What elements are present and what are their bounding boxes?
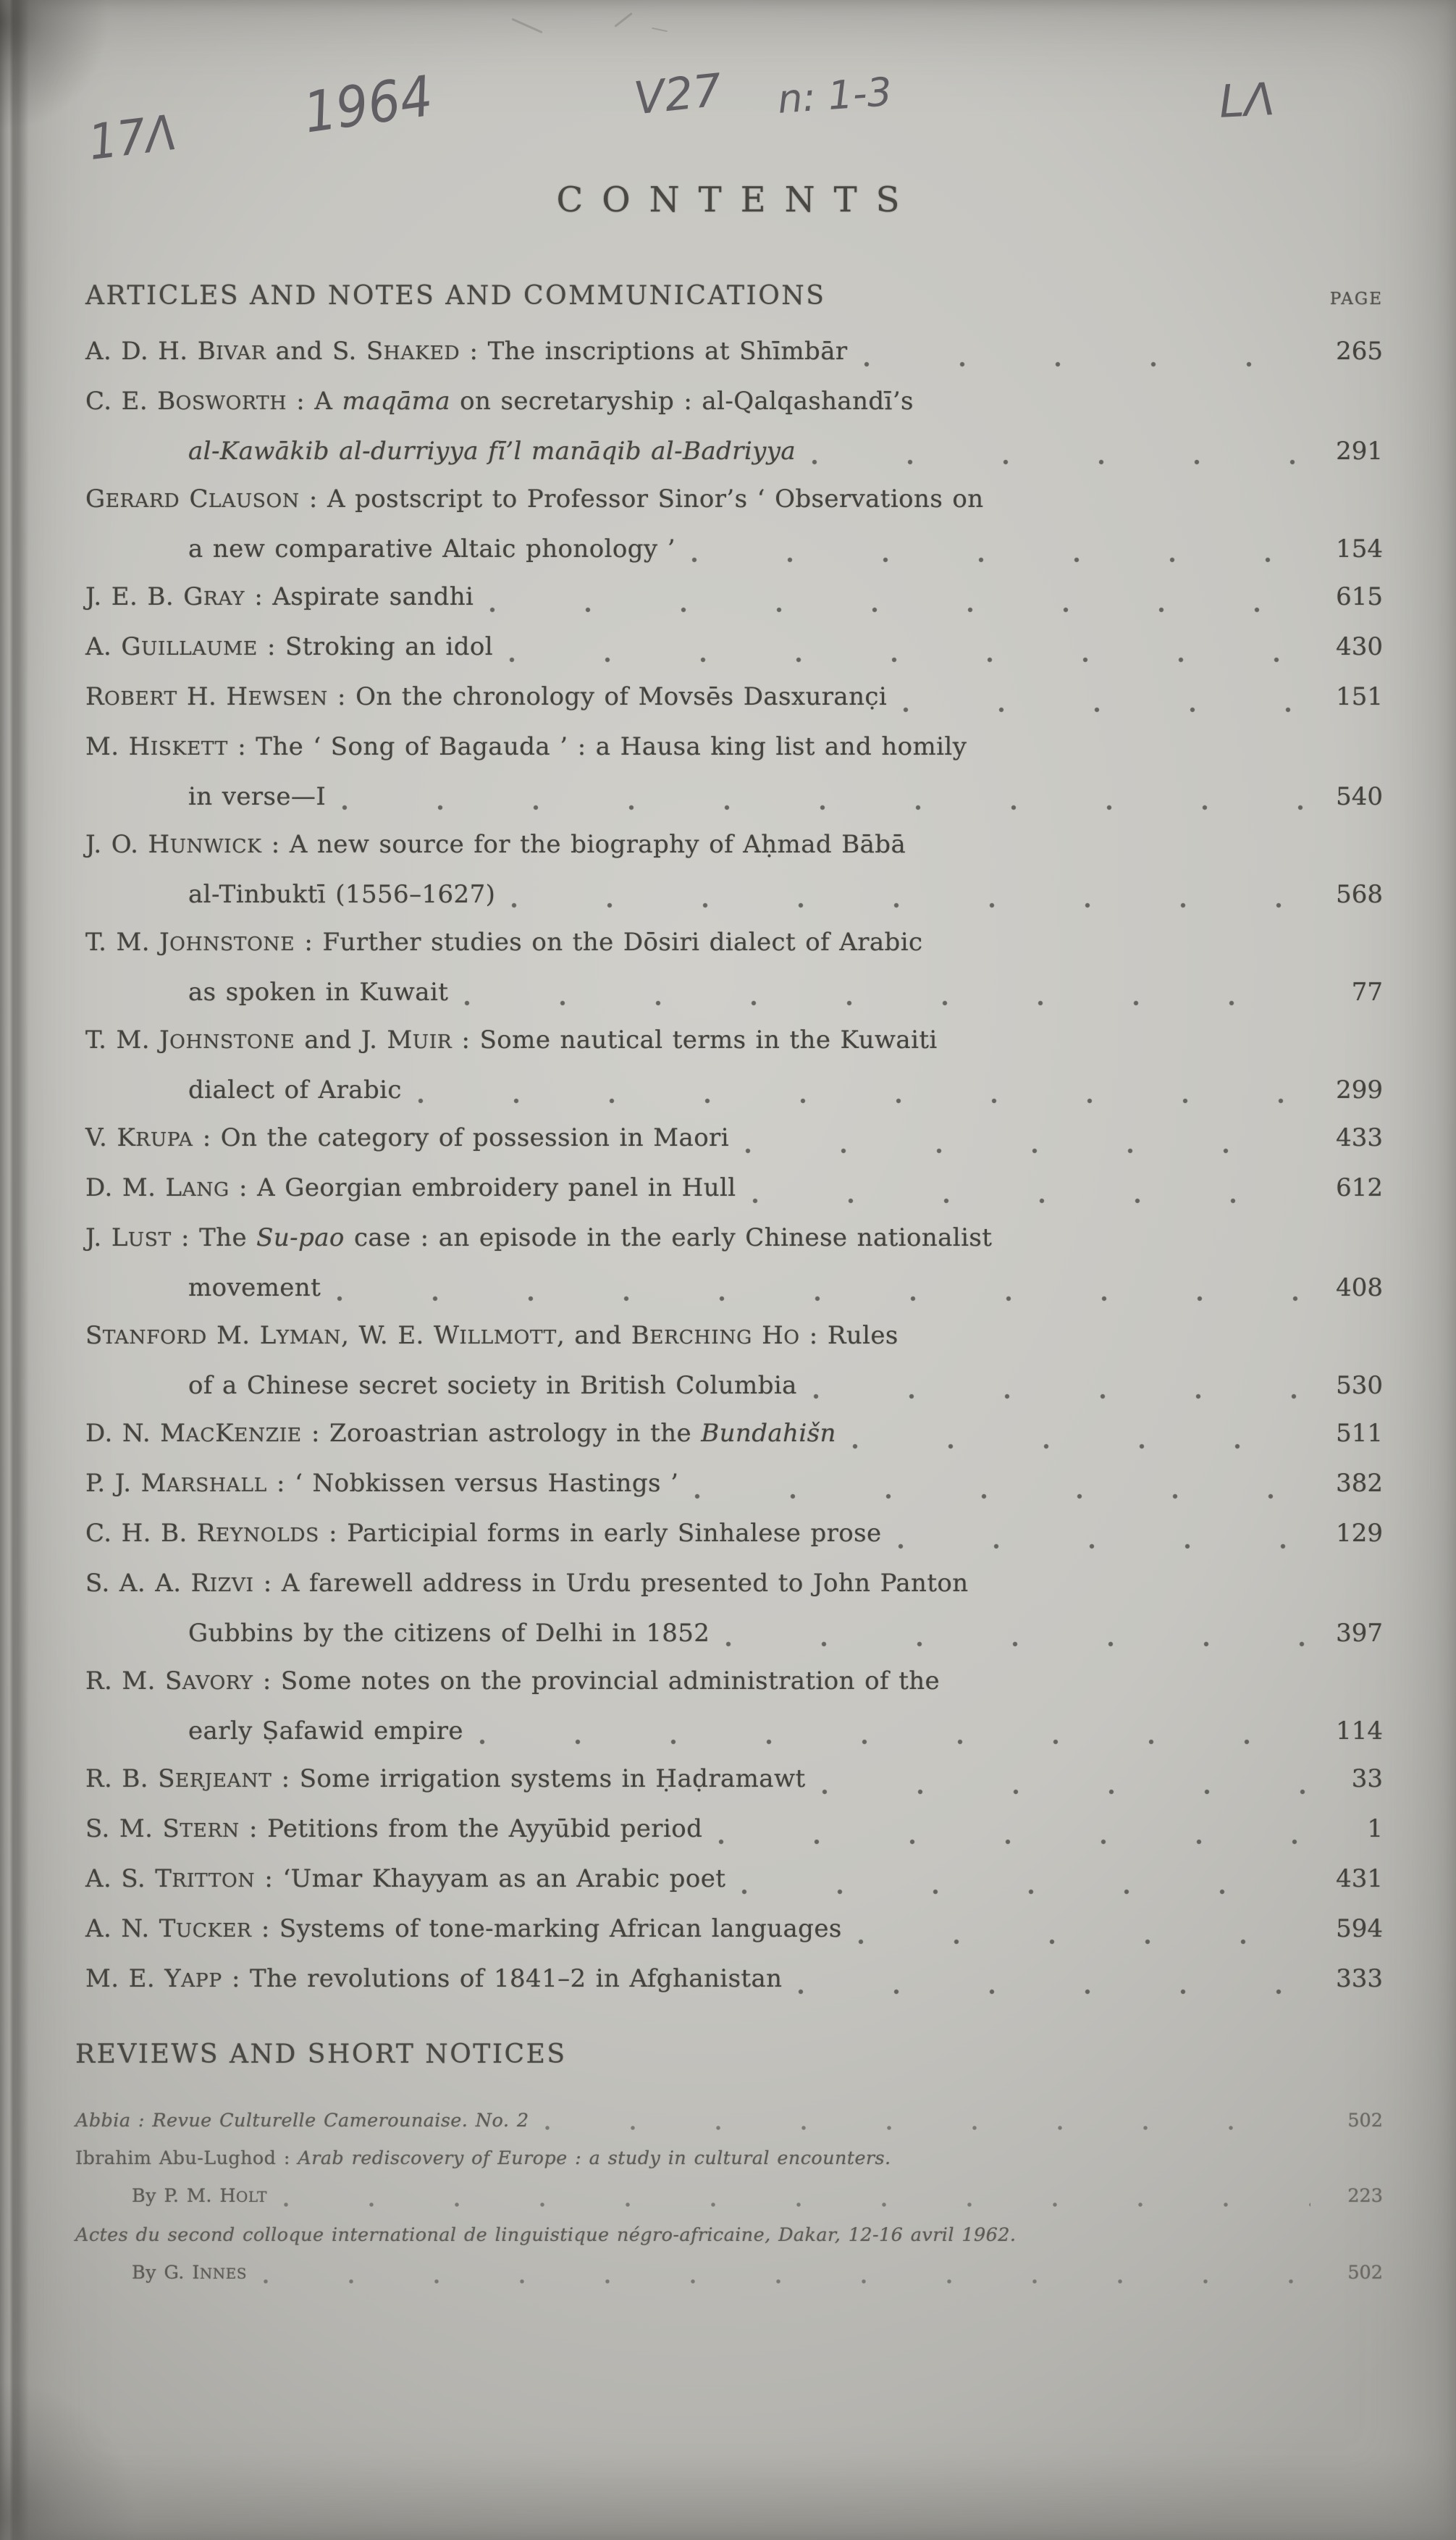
dot-leader — [864, 361, 1310, 367]
articles-toc-list: A. D. H. BIVAR and S. SHAKED : The inscr… — [85, 327, 1383, 2005]
dot-leader — [813, 1393, 1310, 1399]
toc-line-text: a new comparative Altaic phonology ’ — [188, 525, 676, 573]
toc-line: ROBERT H. HEWSEN : On the chronology of … — [85, 673, 1383, 723]
dot-leader — [283, 2202, 1310, 2208]
page-number: 77 — [1321, 968, 1383, 1016]
page-number: 594 — [1321, 1905, 1383, 1955]
page-number: 511 — [1321, 1409, 1383, 1459]
toc-line: D. N. MACKENZIE : Zoroastrian astrology … — [85, 1409, 1383, 1459]
toc-line-text: T. M. JOHNSTONE : Further studies on the… — [85, 918, 922, 968]
toc-line-text: C. E. BOSWORTH : A maqāma on secretarysh… — [85, 377, 914, 427]
toc-line: S. M. STERN : Petitions from the Ayyūbid… — [85, 1805, 1383, 1855]
toc-line-text: By G. INNES — [132, 2254, 247, 2293]
toc-line-text: A. D. H. BIVAR and S. SHAKED : The inscr… — [85, 327, 848, 377]
toc-line-text: J. E. B. GRAY : Aspirate sandhi — [85, 573, 474, 623]
toc-line: A. D. H. BIVAR and S. SHAKED : The inscr… — [85, 327, 1383, 377]
dot-leader — [858, 1939, 1310, 1945]
page-number: 430 — [1321, 623, 1383, 673]
articles-section-heading: ARTICLES AND NOTES AND COMMUNICATIONS PA… — [85, 281, 1383, 311]
reviews-heading-label: REVIEWS AND SHORT NOTICES — [75, 2040, 567, 2069]
toc-line-text: V. KRUPA : On the category of possession… — [85, 1114, 729, 1164]
handwritten-shelf-mark-right: LΛ — [1218, 72, 1276, 128]
toc-line: A. N. TUCKER : Systems of tone-marking A… — [85, 1905, 1383, 1955]
dot-leader — [812, 459, 1310, 465]
dot-leader — [725, 1641, 1310, 1647]
dot-leader — [694, 1493, 1310, 1499]
toc-line: V. KRUPA : On the category of possession… — [85, 1114, 1383, 1164]
toc-line: S. A. A. RIZVI : A farewell address in U… — [85, 1559, 1383, 1609]
toc-line: C. H. B. REYNOLDS : Participial forms in… — [85, 1509, 1383, 1559]
toc-line-text: of a Chinese secret society in British C… — [188, 1362, 797, 1409]
toc-line-text: ROBERT H. HEWSEN : On the chronology of … — [85, 673, 887, 723]
reviews-section-heading: REVIEWS AND SHORT NOTICES — [75, 2040, 1383, 2069]
toc-line-text: Actes du second colloque international d… — [75, 2216, 1016, 2254]
scan-left-edge-shadow — [0, 0, 29, 2540]
toc-line: as spoken in Kuwait77 — [85, 968, 1383, 1016]
toc-line: M. E. YAPP : The revolutions of 1841–2 i… — [85, 1955, 1383, 2005]
toc-line-text: R. M. SAVORY : Some notes on the provinc… — [85, 1657, 940, 1707]
toc-line-text: D. N. MACKENZIE : Zoroastrian astrology … — [85, 1409, 836, 1459]
dot-leader — [822, 1789, 1310, 1795]
dot-leader — [489, 607, 1310, 613]
scanned-contents-page: 17Λ 1964 V27 n: 1-3 LΛ CONTENTS ARTICLES… — [0, 0, 1456, 2540]
toc-line: in verse—I540 — [85, 773, 1383, 821]
dot-leader — [903, 707, 1310, 713]
toc-line-text: in verse—I — [188, 773, 326, 821]
toc-line: P. J. MARSHALL : ‘ Nobkissen versus Hast… — [85, 1459, 1383, 1509]
toc-line-text: J. O. HUNWICK : A new source for the bio… — [85, 821, 906, 871]
dot-leader — [741, 1889, 1310, 1895]
dot-leader — [718, 1839, 1310, 1845]
page-column-label: PAGE — [1330, 290, 1383, 309]
reviews-toc-list: Abbia : Revue Culturelle Camerounaise. N… — [75, 2102, 1383, 2293]
handwritten-volume: V27 — [631, 63, 724, 125]
toc-line: Abbia : Revue Culturelle Camerounaise. N… — [75, 2102, 1383, 2139]
page-number: 408 — [1321, 1264, 1383, 1312]
toc-line: early Ṣafawid empire114 — [85, 1707, 1383, 1755]
toc-line-text: T. M. JOHNSTONE and J. MUIR : Some nauti… — [85, 1016, 938, 1066]
handwritten-shelf-mark-left: 17Λ — [85, 104, 180, 171]
toc-line: By P. M. HOLT223 — [75, 2177, 1383, 2216]
page-number: 299 — [1321, 1066, 1383, 1114]
toc-line-text: S. M. STERN : Petitions from the Ayyūbid… — [85, 1805, 702, 1855]
dot-leader — [511, 902, 1310, 908]
dot-leader — [752, 1198, 1310, 1204]
toc-line: dialect of Arabic299 — [85, 1066, 1383, 1114]
toc-line-text: Gubbins by the citizens of Delhi in 1852 — [188, 1609, 710, 1657]
page-number: 615 — [1321, 573, 1383, 623]
toc-line: R. B. SERJEANT : Some irrigation systems… — [85, 1755, 1383, 1805]
toc-line: C. E. BOSWORTH : A maqāma on secretarysh… — [85, 377, 1383, 427]
toc-line: J. LUST : The Su-pao case : an episode i… — [85, 1214, 1383, 1264]
page-number: 33 — [1321, 1755, 1383, 1805]
toc-line-text: A. N. TUCKER : Systems of tone-marking A… — [85, 1905, 842, 1955]
page-number: 129 — [1321, 1509, 1383, 1559]
toc-line-text: al-Tinbuktī (1556–1627) — [188, 871, 495, 918]
toc-line-text: P. J. MARSHALL : ‘ Nobkissen versus Hast… — [85, 1459, 678, 1509]
pencil-smudge — [652, 28, 668, 33]
page-number: 333 — [1321, 1955, 1383, 2005]
toc-line: A. GUILLAUME : Stroking an idol430 — [85, 623, 1383, 673]
toc-line-text: early Ṣafawid empire — [188, 1707, 463, 1755]
articles-heading-label: ARTICLES AND NOTES AND COMMUNICATIONS — [85, 281, 825, 311]
toc-line: GERARD CLAUSON : A postscript to Profess… — [85, 475, 1383, 525]
toc-line: Ibrahim Abu-Lughod : Arab rediscovery of… — [75, 2139, 1383, 2177]
toc-line-text: M. HISKETT : The ‘ Song of Bagauda ’ : a… — [85, 723, 967, 773]
dot-leader — [898, 1543, 1310, 1549]
toc-line-text: J. LUST : The Su-pao case : an episode i… — [85, 1214, 992, 1264]
toc-line: a new comparative Altaic phonology ’154 — [85, 525, 1383, 573]
page-number: 151 — [1321, 673, 1383, 723]
dot-leader — [691, 557, 1310, 563]
pencil-smudge — [511, 18, 542, 33]
dot-leader — [337, 1296, 1310, 1302]
dot-leader — [342, 805, 1310, 810]
toc-line-text: as spoken in Kuwait — [188, 968, 448, 1016]
page-number: 431 — [1321, 1855, 1383, 1905]
toc-line: STANFORD M. LYMAN, W. E. WILLMOTT, and B… — [85, 1312, 1383, 1362]
handwritten-issue-numbers: n: 1-3 — [776, 69, 893, 122]
dot-leader — [263, 2279, 1310, 2284]
page-number: 1 — [1321, 1805, 1383, 1855]
page-number: 502 — [1321, 2102, 1383, 2139]
pencil-smudge — [614, 12, 632, 28]
scan-bottom-shadow — [0, 2453, 1456, 2540]
toc-line: J. O. HUNWICK : A new source for the bio… — [85, 821, 1383, 871]
toc-line-text: By P. M. HOLT — [132, 2177, 267, 2216]
page-number: 291 — [1321, 427, 1383, 475]
toc-line: J. E. B. GRAY : Aspirate sandhi615 — [85, 573, 1383, 623]
toc-line-text: dialect of Arabic — [188, 1066, 402, 1114]
toc-line: Gubbins by the citizens of Delhi in 1852… — [85, 1609, 1383, 1657]
toc-line-text: movement — [188, 1264, 321, 1312]
toc-line-text: C. H. B. REYNOLDS : Participial forms in… — [85, 1509, 882, 1559]
page-number: 612 — [1321, 1164, 1383, 1214]
toc-line-text: al-Kawākib al-durriyya fī’l manāqib al-B… — [188, 427, 796, 475]
page-number: 265 — [1321, 327, 1383, 377]
page-number: 223 — [1321, 2177, 1383, 2216]
handwritten-year: 1964 — [300, 63, 437, 146]
page-title: CONTENTS — [0, 180, 1456, 220]
page-number: 397 — [1321, 1609, 1383, 1657]
page-number: 568 — [1321, 871, 1383, 918]
toc-line: A. S. TRITTON : ‘Umar Khayyam as an Arab… — [85, 1855, 1383, 1905]
toc-line-text: GERARD CLAUSON : A postscript to Profess… — [85, 475, 984, 525]
dot-leader — [418, 1098, 1310, 1104]
toc-line: T. M. JOHNSTONE : Further studies on the… — [85, 918, 1383, 968]
toc-line: Actes du second colloque international d… — [75, 2216, 1383, 2254]
toc-line: M. HISKETT : The ‘ Song of Bagauda ’ : a… — [85, 723, 1383, 773]
page-number: 114 — [1321, 1707, 1383, 1755]
toc-line: T. M. JOHNSTONE and J. MUIR : Some nauti… — [85, 1016, 1383, 1066]
toc-line-text: R. B. SERJEANT : Some irrigation systems… — [85, 1755, 806, 1805]
dot-leader — [852, 1443, 1310, 1449]
toc-line-text: D. M. LANG : A Georgian embroidery panel… — [85, 1164, 736, 1214]
page-number: 382 — [1321, 1459, 1383, 1509]
toc-line-text: Ibrahim Abu-Lughod : Arab rediscovery of… — [75, 2139, 891, 2177]
dot-leader — [544, 2125, 1310, 2131]
toc-line: al-Tinbuktī (1556–1627)568 — [85, 871, 1383, 918]
toc-line: D. M. LANG : A Georgian embroidery panel… — [85, 1164, 1383, 1214]
dot-leader — [745, 1148, 1310, 1154]
toc-line-text: STANFORD M. LYMAN, W. E. WILLMOTT, and B… — [85, 1312, 899, 1362]
dot-leader — [479, 1739, 1310, 1745]
dot-leader — [509, 657, 1310, 663]
toc-line: of a Chinese secret society in British C… — [85, 1362, 1383, 1409]
toc-line: movement408 — [85, 1264, 1383, 1312]
dot-leader — [798, 1989, 1310, 1995]
toc-line-text: A. GUILLAUME : Stroking an idol — [85, 623, 493, 673]
page-number: 154 — [1321, 525, 1383, 573]
scan-corner-shadow-bottom — [0, 2323, 188, 2540]
page-number: 530 — [1321, 1362, 1383, 1409]
toc-line: R. M. SAVORY : Some notes on the provinc… — [85, 1657, 1383, 1707]
toc-line-text: Abbia : Revue Culturelle Camerounaise. N… — [75, 2102, 529, 2139]
dot-leader — [464, 1000, 1310, 1006]
toc-line-text: S. A. A. RIZVI : A farewell address in U… — [85, 1559, 969, 1609]
page-number: 540 — [1321, 773, 1383, 821]
toc-line: By G. INNES502 — [75, 2254, 1383, 2293]
page-number: 433 — [1321, 1114, 1383, 1164]
toc-line-text: A. S. TRITTON : ‘Umar Khayyam as an Arab… — [85, 1855, 725, 1905]
page-number: 502 — [1321, 2254, 1383, 2293]
toc-line-text: M. E. YAPP : The revolutions of 1841–2 i… — [85, 1955, 782, 2005]
toc-line: al-Kawākib al-durriyya fī’l manāqib al-B… — [85, 427, 1383, 475]
